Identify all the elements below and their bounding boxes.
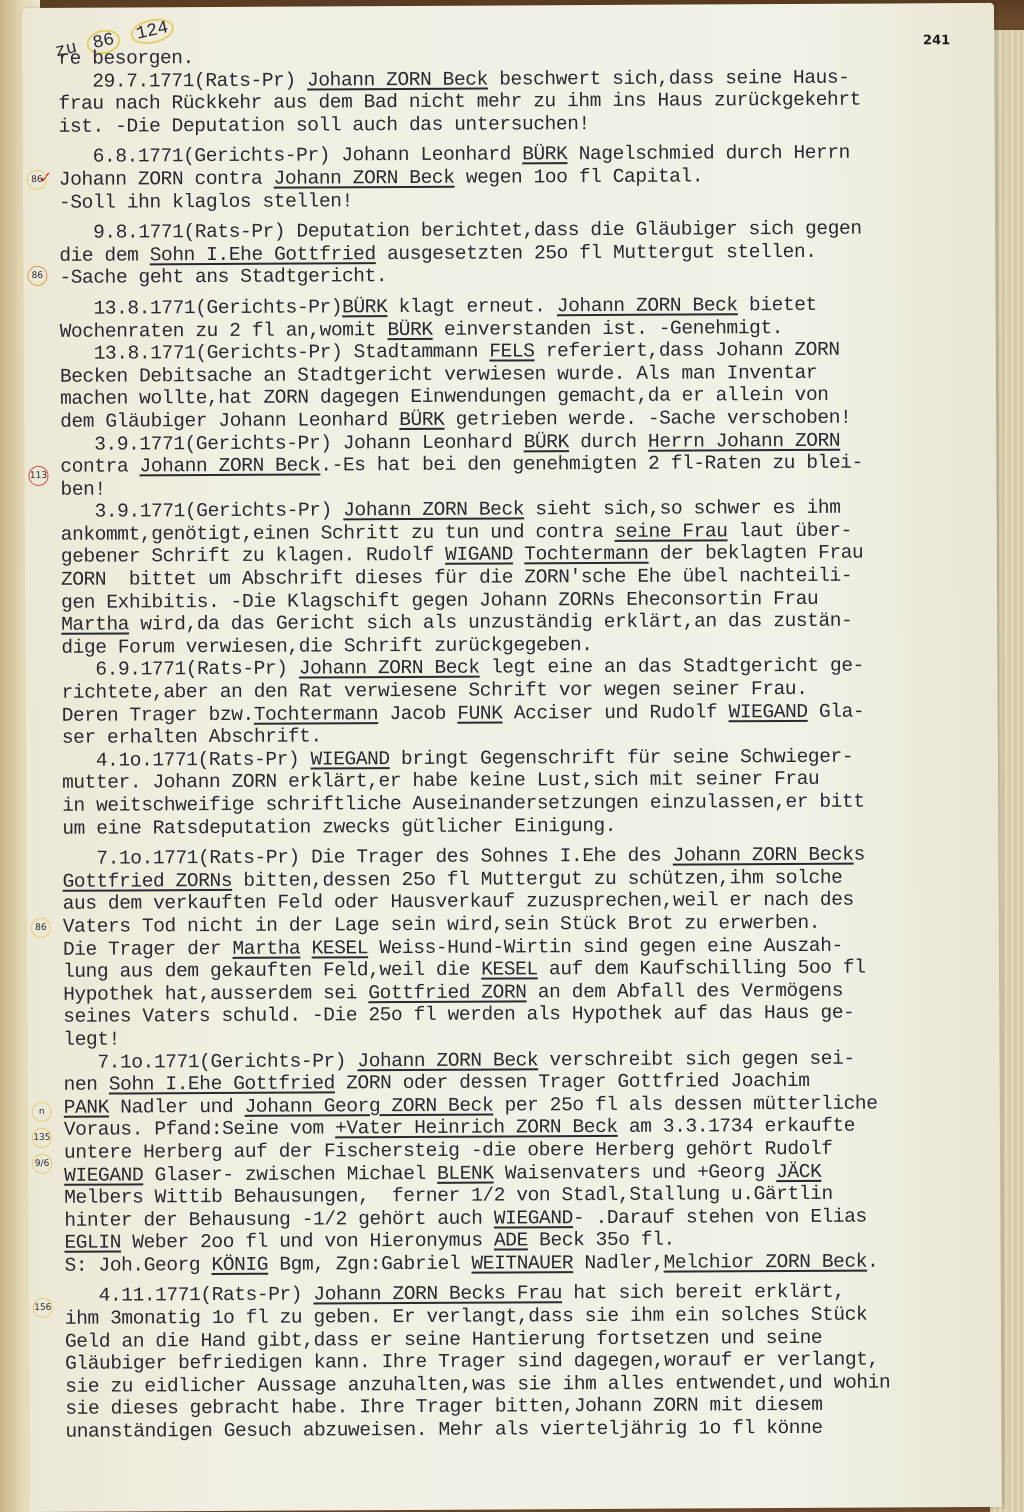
underlined-name: KÖNIG [211, 1254, 268, 1276]
underlined-name: Johann ZORN Beck [557, 294, 738, 317]
underlined-name: Johann ZORN Beck [343, 499, 524, 522]
underlined-name: BLENK [437, 1162, 494, 1184]
underlined-name: Tochtermann [254, 703, 378, 726]
typewritten-page: zu 86 124 241 ✓ 868611386n1359/6156 re b… [22, 3, 1002, 1512]
underlined-name: Martha [232, 937, 300, 959]
underlined-name: KESEL [481, 958, 538, 980]
underlined-name: BÜRK [524, 431, 569, 453]
underlined-name: Johann ZORN Beck [274, 167, 455, 190]
margin-note: 113 [28, 466, 48, 486]
underlined-name: FUNK [457, 702, 502, 724]
margin-note: 156 [33, 1298, 53, 1318]
underlined-name: Johann ZORN Beck [673, 844, 854, 867]
text-line: unanständigen Gesuch abzuweisen. Mehr al… [65, 1416, 1000, 1443]
underlined-name: BÜRK [399, 409, 444, 431]
underlined-name: EGLIN [64, 1232, 121, 1254]
document-body: re besorgen. 29.7.1771(Rats-Pr) Johann Z… [58, 43, 1000, 1444]
underlined-name: Gottfried ZORN [368, 981, 526, 1004]
underlined-name: WIEGAND [728, 701, 807, 723]
underlined-name: Tochtermann [524, 543, 648, 566]
underlined-name: Melchior ZORN Beck [664, 1250, 868, 1273]
underlined-name: Johann ZORN Beck [357, 1049, 538, 1072]
margin-note: 135 [32, 1128, 52, 1148]
underlined-name: WIEGAND [64, 1164, 143, 1186]
underlined-name: Johann ZORN Beck [307, 68, 488, 91]
underlined-name: +Vater Heinrich ZORN Beck [335, 1116, 618, 1139]
underlined-name: KESEL [312, 937, 369, 959]
margin-note: 86 [27, 170, 47, 190]
underlined-name: WEITNAUER [471, 1252, 573, 1275]
underlined-name: Johann Georg ZORN Beck [245, 1094, 494, 1117]
margin-note: 86 [27, 266, 47, 286]
underlined-name: Gottfried ZORNs [63, 870, 233, 893]
margin-note: 9/6 [32, 1154, 52, 1174]
margin-note: 86 [31, 918, 51, 938]
underlined-name: Johann ZORN Becks Frau [313, 1283, 562, 1306]
underlined-name: WIGAND [445, 544, 513, 566]
margin-note: n [32, 1102, 52, 1122]
underlined-name: BÜRK [387, 318, 432, 340]
underlined-name: Johann ZORN Beck [299, 657, 480, 680]
underlined-name: Sohn I.Ehe Gottfried [150, 243, 376, 266]
underlined-name: FELS [489, 340, 534, 362]
underlined-name: WIEGAND [311, 748, 390, 770]
underlined-name: Herrn Johann ZORN [648, 429, 840, 452]
underlined-name: Johann ZORN Beck [139, 455, 320, 478]
underlined-name: BÜRK [522, 144, 567, 166]
underlined-name: seine Frau [614, 520, 727, 543]
underlined-name: WIEGAND [494, 1207, 573, 1229]
underlined-name: PANK [64, 1096, 109, 1118]
underlined-name: BÜRK [342, 296, 387, 318]
header-ref-2: 124 [128, 15, 176, 48]
book-photo: zu 86 124 241 ✓ 868611386n1359/6156 re b… [0, 0, 1024, 1512]
underlined-name: ADE [494, 1230, 528, 1252]
underlined-name: Martha [61, 614, 129, 636]
underlined-name: Sohn I.Ehe Gottfried [109, 1073, 335, 1096]
underlined-name: JÄCK [776, 1160, 821, 1182]
